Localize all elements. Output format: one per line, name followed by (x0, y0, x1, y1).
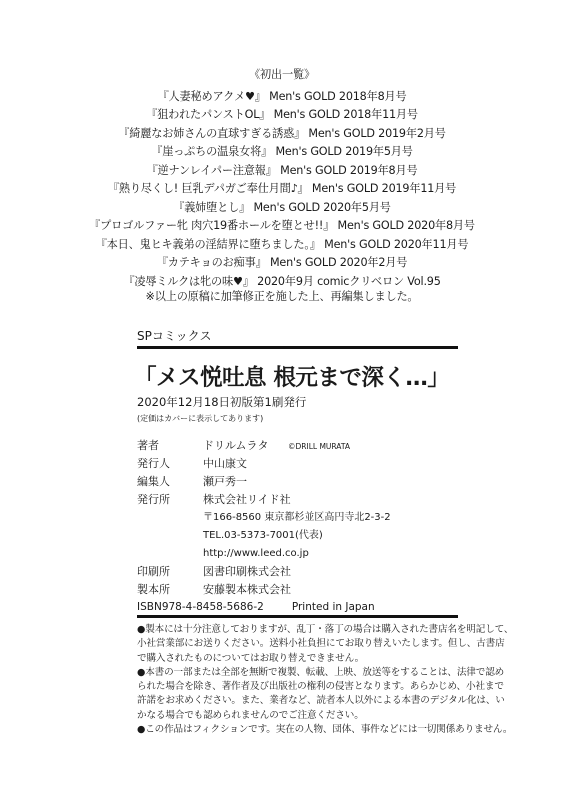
author-label: 著者 (137, 439, 159, 453)
price-note: (定価はカバーに表示してあります) (137, 413, 263, 425)
binder-label: 製本所 (137, 583, 170, 597)
publisher-value: 中山康文 (203, 457, 247, 471)
list-item: 『人妻秘めアクメ♥』 Men's GOLD 2018年8月号 (0, 90, 564, 104)
list-item: 『綺麗なお姉さんの直球すぎる誘惑』 Men's GOLD 2019年2月号 (0, 127, 564, 141)
list-item: 『本日、鬼ヒキ義弟の淫結界に堕ちました。』 Men's GOLD 2020年11… (0, 238, 564, 252)
publisher-address: 〒166-8560 東京都杉並区高円寺北2-3-2 (203, 511, 391, 525)
list-item: 『義姉堕とし』 Men's GOLD 2020年5月号 (0, 201, 564, 215)
list-item: 『プロゴルファー牝 肉穴19番ホールを堕とせ!!』 Men's GOLD 202… (0, 219, 564, 233)
publisher-label: 発行人 (137, 457, 170, 471)
isbn-line: ISBN978-4-8458-5686-2Printed in Japan (137, 600, 375, 614)
notice-line: で購入されたものについてはお取り替えできません。 (137, 652, 467, 666)
list-item: 『熟り尽くし! 巨乳デパガご奉仕月間♪』 Men's GOLD 2019年11月… (0, 182, 564, 196)
revision-note: ※以上の原稿に加筆修正を施した上、再編集しました。 (0, 290, 564, 304)
publisher-tel: TEL.03-5373-7001(代表) (203, 529, 323, 543)
editor-value: 瀬戸秀一 (203, 475, 247, 489)
list-item: 『崖っぷちの温泉女将』 Men's GOLD 2019年5月号 (0, 145, 564, 159)
divider-bottom (137, 615, 458, 618)
publication-date: 2020年12月18日初版第1刷発行 (137, 395, 306, 409)
publishing-house-value: 株式会社リイド社 (203, 493, 291, 507)
notice-line: ●この作品はフィクションです。実在の人物、団体、事件などには一切関係ありません。 (137, 723, 467, 737)
notice-line: 小社営業部にお送りください。送料小社負担にてお取り替えいたします。但し、古書店 (137, 637, 467, 651)
notice-line: かなる場合でも認められませんのでご注意ください。 (137, 709, 467, 723)
series-label: SPコミックス (137, 329, 212, 343)
editor-label: 編集人 (137, 475, 170, 489)
printer-label: 印刷所 (137, 565, 170, 579)
first-appearances-heading: 《初出一覧》 (0, 68, 564, 82)
printed-in: Printed in Japan (292, 601, 375, 613)
publisher-url[interactable]: http://www.leed.co.jp (203, 547, 309, 561)
notices: ●製本には十分注意しておりますが、乱丁・落丁の場合は購入された書店名を明記して、… (137, 623, 467, 737)
author-value: ドリルムラタ (203, 439, 268, 453)
book-title: 「メス悦吐息 根元まで深く…」 (134, 364, 449, 392)
notice-line: ●本書の一部または全部を無断で複製、転載、上映、放送等をすることは、法律で認め (137, 666, 467, 680)
notice-line: られた場合を除き、著作者及び出版社の権利の侵害となります。あらかじめ、小社まで (137, 680, 467, 694)
list-item: 『カテキョのお痴事』 Men's GOLD 2020年2月号 (0, 256, 564, 270)
list-item: 『凌辱ミルクは牝の味♥』 2020年9月 comicクリベロン Vol.95 (0, 275, 564, 289)
publishing-house-label: 発行所 (137, 493, 170, 507)
binder-value: 安藤製本株式会社 (203, 583, 291, 597)
list-item: 『狙われたパンストOL』 Men's GOLD 2018年11月号 (0, 108, 564, 122)
printer-value: 図書印刷株式会社 (203, 565, 291, 579)
isbn: ISBN978-4-8458-5686-2 (137, 601, 264, 613)
notice-line: ●製本には十分注意しておりますが、乱丁・落丁の場合は購入された書店名を明記して、 (137, 623, 467, 637)
divider-top (137, 346, 458, 349)
notice-line: 許諾をお求めください。また、業者など、読者本人以外による本書のデジタル化は、い (137, 694, 467, 708)
copyright: ©DRILL MURATA (288, 441, 350, 453)
list-item: 『逆ナンレイパー注意報』 Men's GOLD 2019年8月号 (0, 164, 564, 178)
